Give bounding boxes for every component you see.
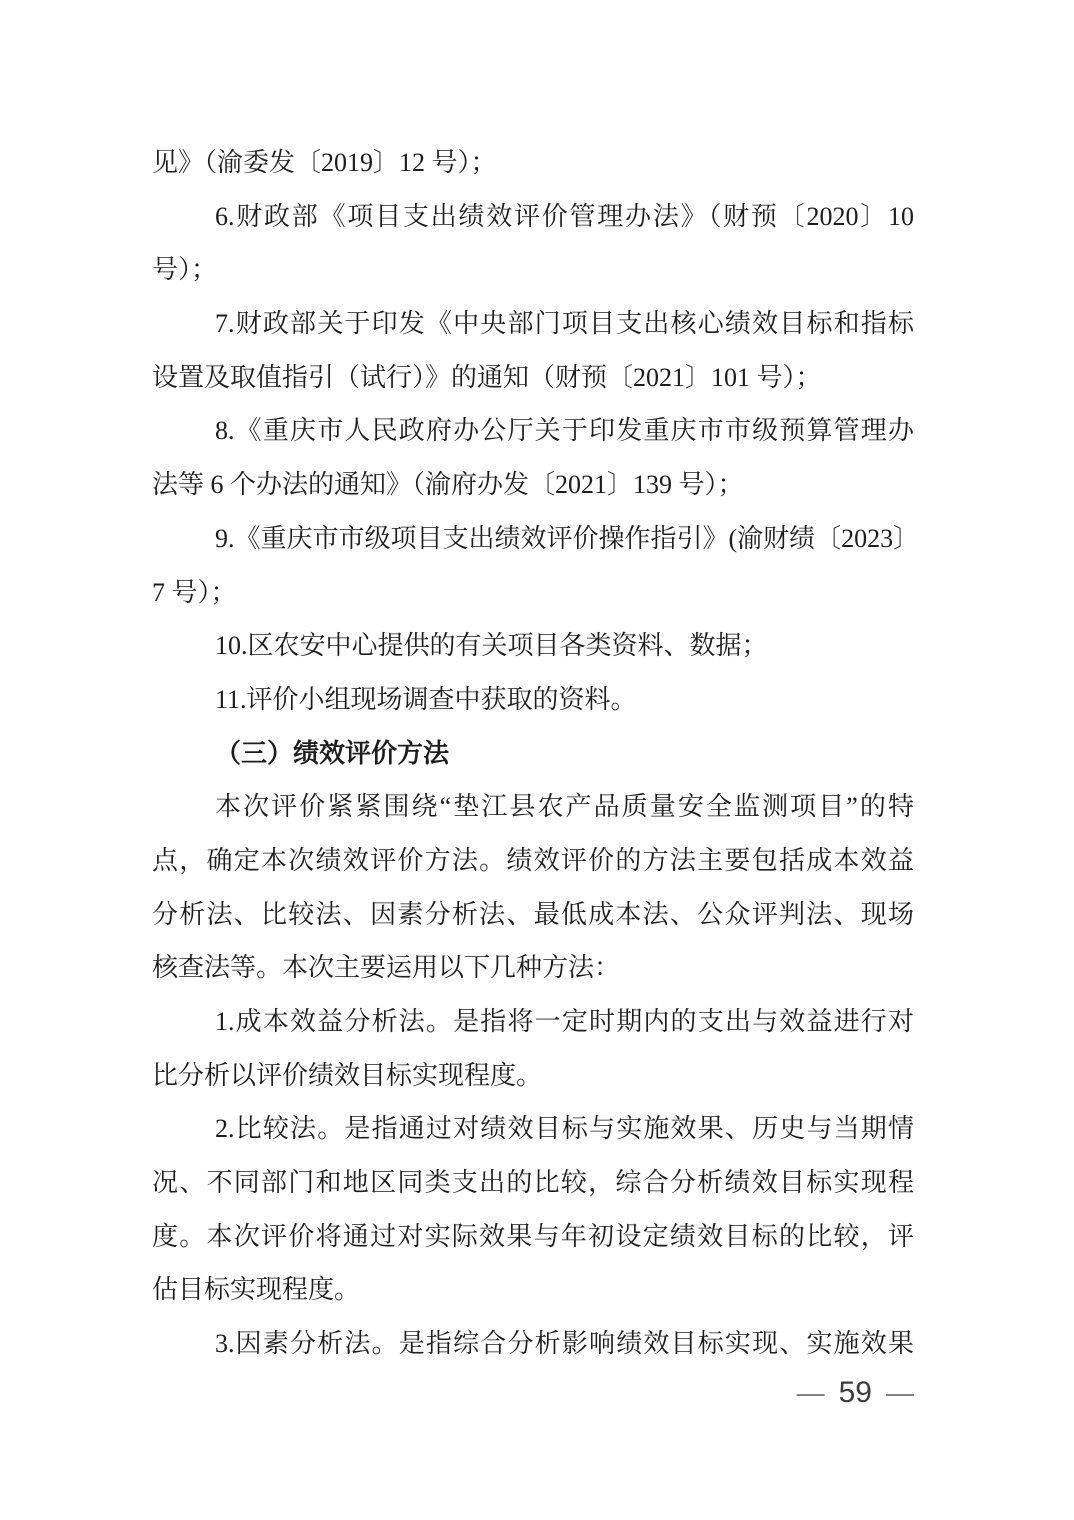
page-number-value: 59 [839,1376,872,1410]
text-line: 点，确定本次绩效评价方法。绩效评价的方法主要包括成本效益 [152,834,914,888]
page-number: — 59 — [797,1372,914,1414]
text-line: 号）； [152,243,914,297]
text-line: 比分析以评价绩效目标实现程度。 [152,1049,914,1103]
page-number-dash-left: — [797,1377,825,1409]
text-block: 见》（渝委发〔2019〕12 号）；6.财政部《项目支出绩效评价管理办法》（财预… [152,136,914,1371]
text-line: 7.财政部关于印发《中央部门项目支出核心绩效目标和指标 [152,297,914,351]
text-line: 估目标实现程度。 [152,1263,914,1317]
text-line: 11.评价小组现场调查中获取的资料。 [152,673,914,727]
text-line: 7 号）； [152,566,914,620]
text-line: 6.财政部《项目支出绩效评价管理办法》（财预〔2020〕10 [152,190,914,244]
text-line: 2.比较法。是指通过对绩效目标与实施效果、历史与当期情 [152,1102,914,1156]
text-line: 3.因素分析法。是指综合分析影响绩效目标实现、实施效果 [152,1317,914,1371]
text-line: 分析法、比较法、因素分析法、最低成本法、公众评判法、现场 [152,888,914,942]
text-line: 本次评价紧紧围绕“垫江县农产品质量安全监测项目”的特 [152,780,914,834]
text-line: 8.《重庆市人民政府办公厅关于印发重庆市市级预算管理办 [152,404,914,458]
text-line: 度。本次评价将通过对实际效果与年初设定绩效目标的比较，评 [152,1210,914,1264]
text-line: 1.成本效益分析法。是指将一定时期内的支出与效益进行对 [152,995,914,1049]
text-line: 况、不同部门和地区同类支出的比较，综合分析绩效目标实现程 [152,1156,914,1210]
document-page: 见》（渝委发〔2019〕12 号）；6.财政部《项目支出绩效评价管理办法》（财预… [0,0,1074,1520]
text-line: 9.《重庆市市级项目支出绩效评价操作指引》(渝财绩〔2023〕 [152,512,914,566]
text-line: 设置及取值指引（试行）》的通知（财预〔2021〕101 号）； [152,351,914,405]
text-line: 见》（渝委发〔2019〕12 号）； [152,136,914,190]
section-heading: （三）绩效评价方法 [152,727,914,781]
text-line: 法等 6 个办法的通知》（渝府办发〔2021〕139 号）； [152,458,914,512]
page-number-dash-right: — [886,1377,914,1409]
text-line: 核查法等。本次主要运用以下几种方法： [152,941,914,995]
text-line: 10.区农安中心提供的有关项目各类资料、数据； [152,619,914,673]
